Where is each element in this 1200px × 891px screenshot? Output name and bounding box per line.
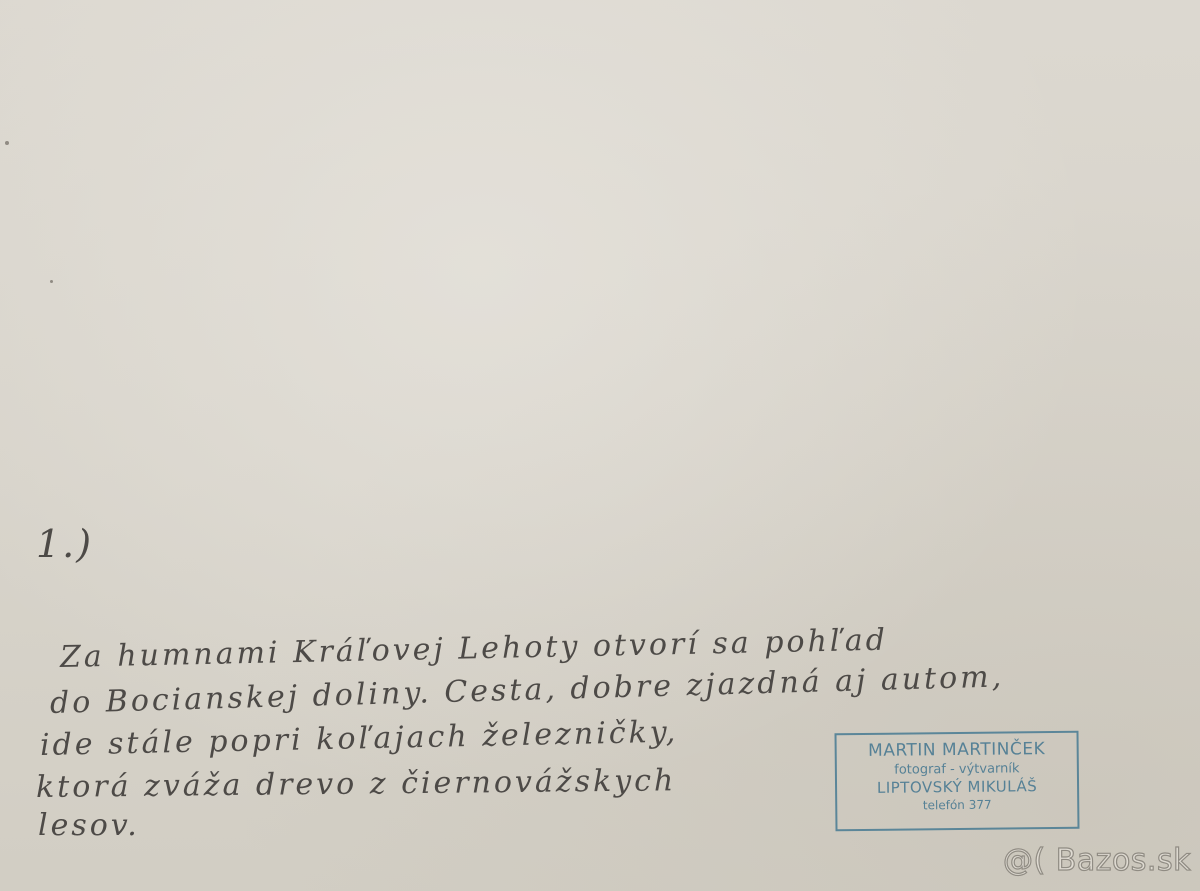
stamp-profession: fotograf - výtvarník [837,761,1077,779]
photographer-stamp: MARTIN MARTINČEK fotograf - výtvarník LI… [834,731,1079,832]
bazos-watermark: @( Bazos.sk [1003,843,1191,878]
paper-speck [5,141,9,145]
handwritten-number-label: 1.) [36,522,93,566]
handwritten-line-3: ide stále popri koľajach železničky, [40,715,679,763]
stamp-photographer-name: MARTIN MARTINČEK [837,739,1077,762]
stamp-phone: telefón 377 [837,797,1077,814]
stamp-city: LIPTOVSKÝ MIKULÁŠ [837,777,1077,798]
paper-speck [50,280,53,283]
photo-back-paper: 1.) Za humnami Kráľovej Lehoty otvorí sa… [0,0,1200,891]
handwritten-line-5: lesov. [38,808,140,843]
handwritten-line-4: ktorá zváža drevo z čiernovážskych [36,763,677,805]
